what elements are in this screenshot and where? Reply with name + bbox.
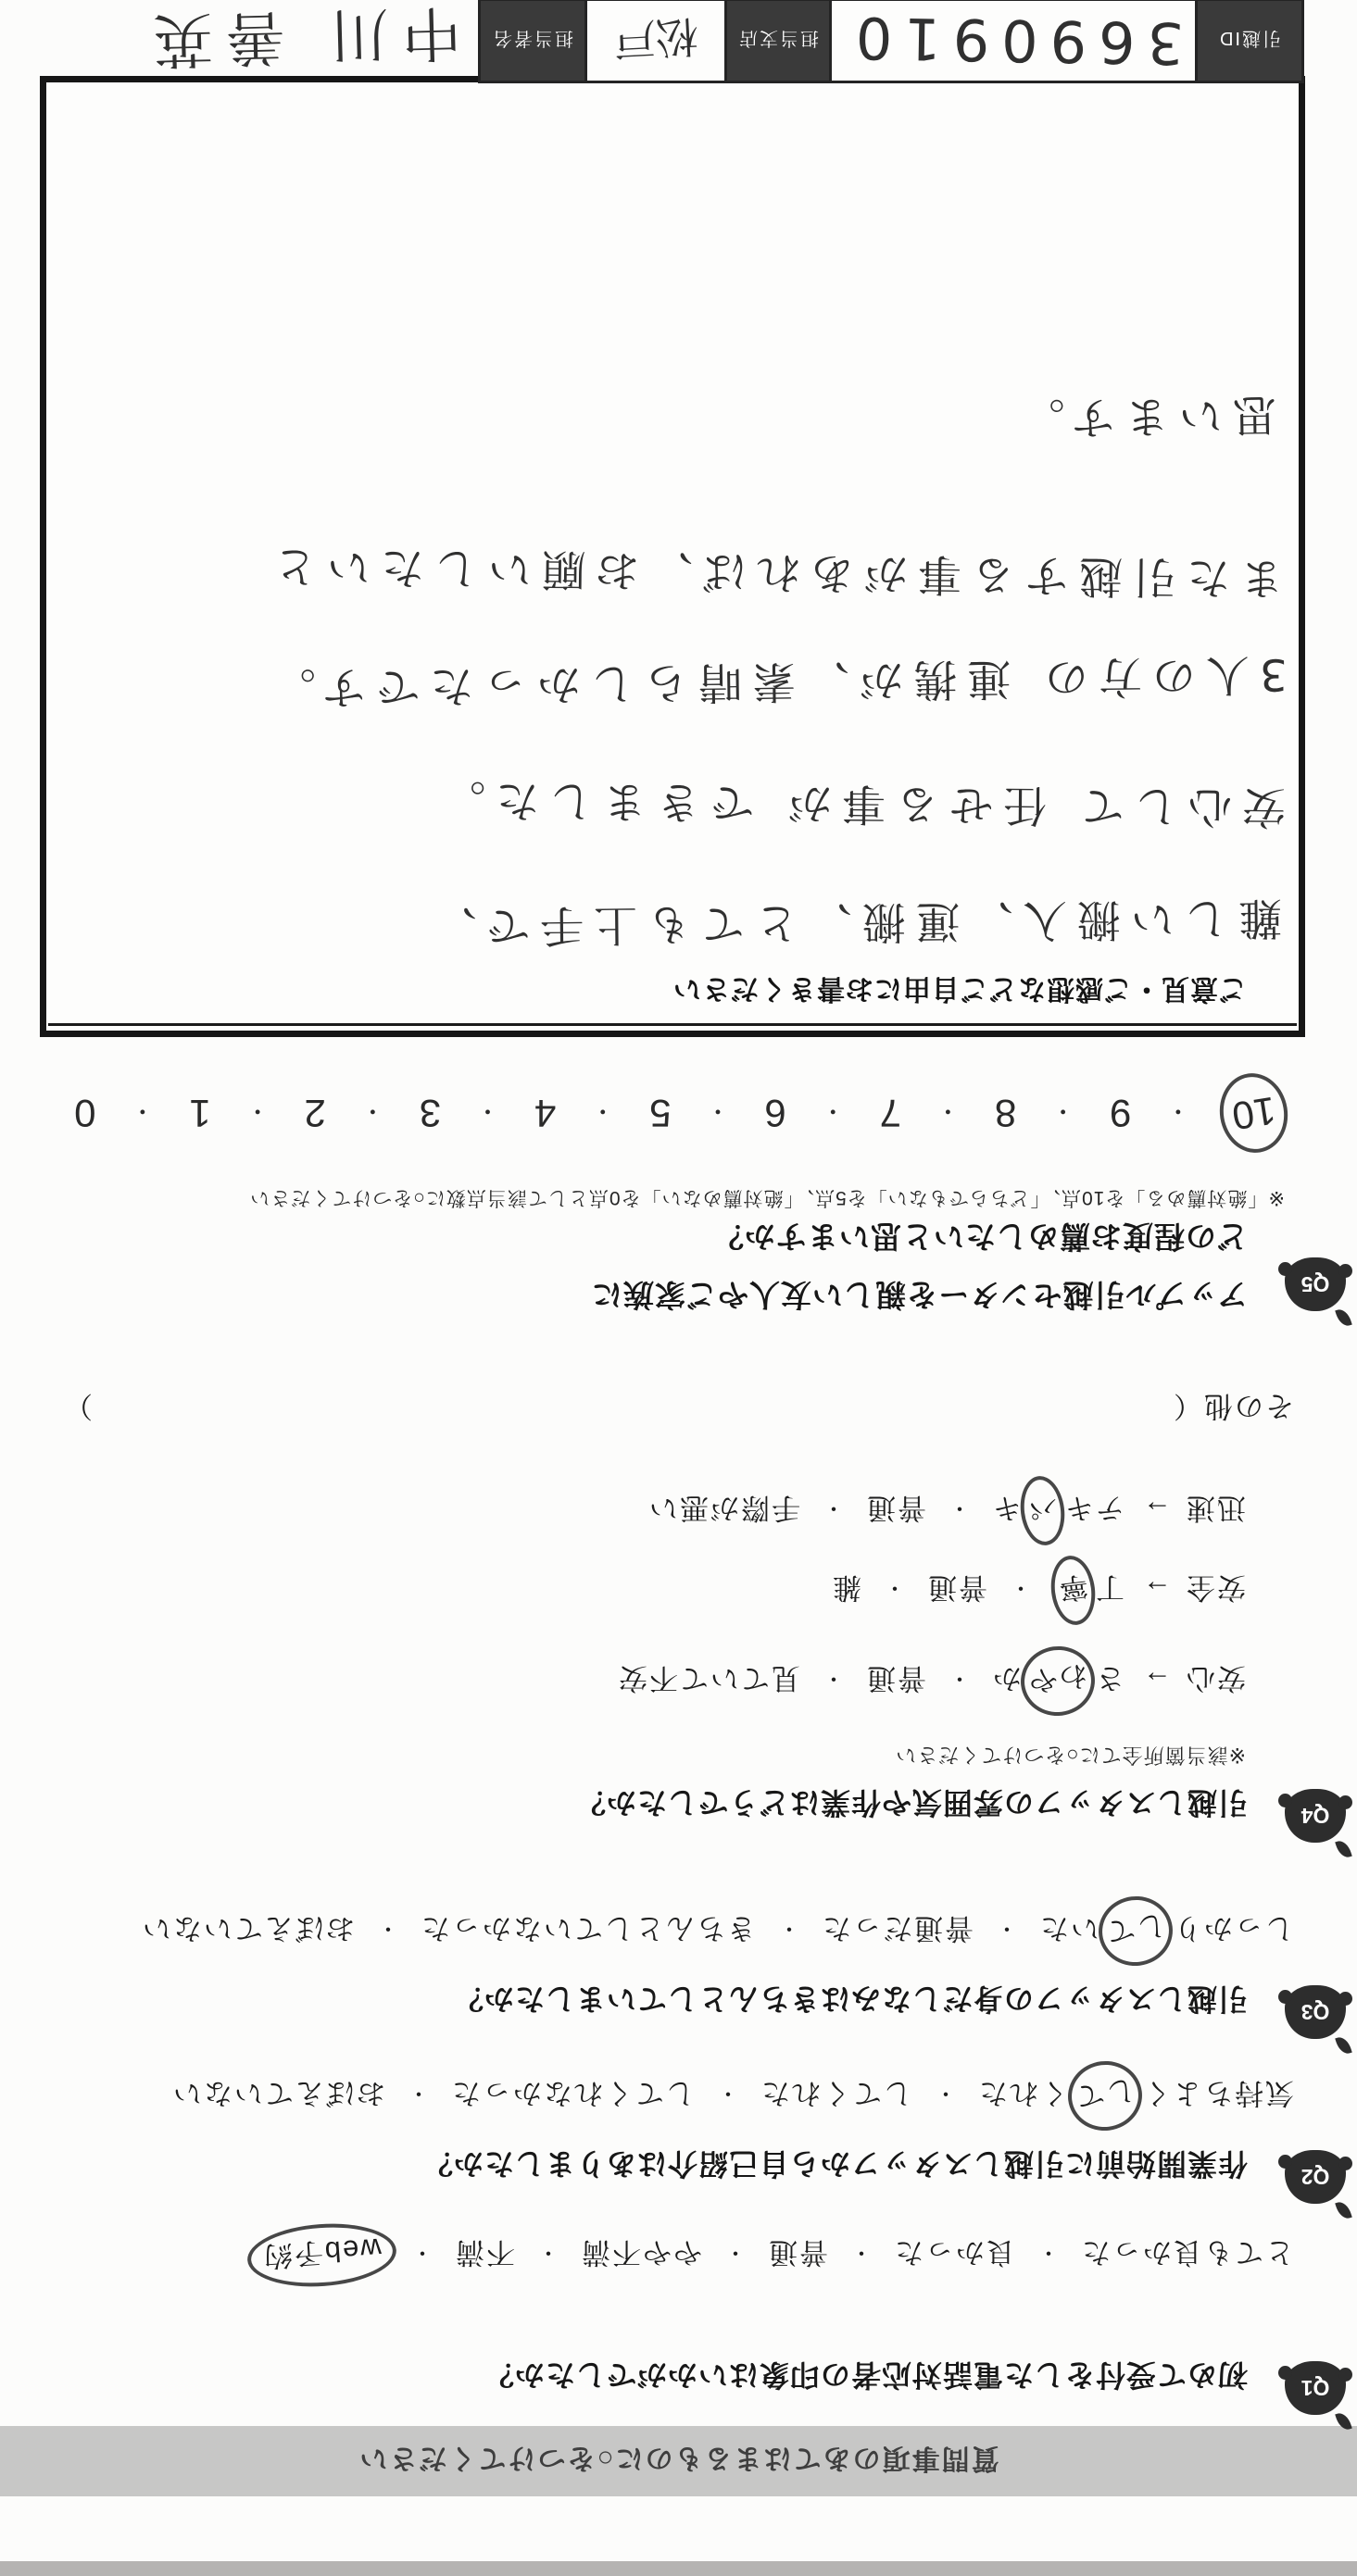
scale-separator: ・ [131, 1096, 155, 1131]
handwritten-staff-name: 中川 善英 [140, 0, 480, 88]
option-separator: ・ [848, 2239, 873, 2271]
scale-separator: ・ [360, 1096, 384, 1131]
q2-mascot-icon: Q2 [1285, 2150, 1346, 2204]
q4-row-relief: 安心→ さわやか・ 普通・ 見ていて不安 [617, 1657, 1246, 1706]
scale-separator: ・ [821, 1096, 845, 1131]
staff-label-cell: 担当者名 [478, 0, 587, 83]
scale-separator: ・ [1166, 1096, 1190, 1131]
handwritten-circle-mark: web予約 [245, 2219, 398, 2291]
scanned-survey-sheet: 質問事項のあてはまるものに○をつけてください Q1 初めて受付をした電話対応者の… [0, 0, 1357, 2576]
q4-row-label: 安全 [1185, 1569, 1246, 1611]
survey-page-rotated-180: 質問事項のあてはまるものに○をつけてください Q1 初めて受付をした電話対応者の… [0, 0, 1357, 2576]
option-separator: ・ [947, 1494, 971, 1527]
q4-row-label: 迅速 [1185, 1490, 1246, 1532]
option-text: いた [1038, 1912, 1099, 1945]
q4-row-label: 安心 [1185, 1660, 1246, 1702]
q4-row-speed: 迅速→ テキパキ・ 普通・ 手際が悪い [647, 1486, 1246, 1535]
option-separator: ・ [933, 2080, 957, 2112]
scanner-edge-strip [0, 2561, 1357, 2576]
option-text: して [1073, 2073, 1137, 2113]
option-separator: ・ [947, 1665, 971, 1697]
scale-separator: ・ [476, 1096, 500, 1131]
scale-value: 4 [534, 1091, 556, 1135]
option-separator: ・ [409, 2239, 433, 2271]
q1-options: とても良かった・ 良かった・ 普通・ やや不満・ 不満・ web予約 [255, 2231, 1294, 2280]
option-text: テキ [1063, 1492, 1125, 1524]
handwritten-circle-mark: して [1095, 1892, 1177, 1970]
q5-note: ※「絶対薦める」を10点、「どちらでもない」を5点、「絶対薦めない」を0点として… [249, 1185, 1285, 1213]
q4-badge: Q4 [1301, 1804, 1330, 1829]
q2-option: おぼえていない [171, 2075, 385, 2117]
comment-box: ご意見・ご感想などご自由にお書きください 難しい搬入、運搬、とても上手で、 安心… [40, 76, 1305, 1037]
q3-option-selected: しっかりしていた [1038, 1907, 1294, 1956]
comment-box-label: ご意見・ご感想などご自由にお書きください [672, 971, 1247, 1012]
q2-option: してくれた [760, 2075, 912, 2117]
option-text: 気持ちよく [1141, 2077, 1294, 2109]
scale-value: 3 [420, 1091, 441, 1135]
q1-option: 不満 [454, 2234, 515, 2276]
option-text: さ [1094, 1662, 1125, 1694]
option-separator: ・ [535, 2239, 559, 2271]
option-separator: ・ [1036, 2239, 1060, 2271]
staff-value-area: 中川 善英 [52, 0, 478, 83]
scale-value: 9 [1110, 1091, 1131, 1135]
q4-row-other: その他（ ） [62, 1388, 1294, 1430]
option-separator: ・ [406, 2080, 430, 2112]
q5-badge: Q5 [1301, 1272, 1330, 1297]
q1-option: とても良かった [1080, 2234, 1294, 2276]
handwritten-comment-line: 思います。 [1011, 387, 1276, 454]
branch-value-cell: 松戸 [584, 0, 727, 83]
q5-question-line2: どの程度お薦めしたいと思いますか？ [712, 1217, 1248, 1260]
q4-note: ※該当箇所全てに○をつけてください [895, 1742, 1246, 1770]
q3-question: 引越しスタッフの身だしなみはきちんとしていましたか？ [453, 1980, 1248, 2022]
q4-option: 普通 [926, 1569, 987, 1611]
q4-question: 引越しスタッフの雰囲気や作業はどうでしたか？ [575, 1783, 1248, 1826]
q5-question-line1: アップル引越センターを親しい友人やご家族に [591, 1275, 1248, 1319]
q4-mascot-icon: Q4 [1285, 1789, 1346, 1843]
option-text: しっかり [1172, 1912, 1294, 1945]
q5-mascot-icon: Q5 [1285, 1257, 1346, 1311]
q1-option-selected: web予約 [261, 2232, 383, 2273]
option-separator: ・ [776, 1915, 800, 1947]
q2-option: してくれなかった [450, 2075, 695, 2117]
option-text: 寧 [1056, 1569, 1090, 1606]
scale-value: 2 [305, 1091, 326, 1135]
option-separator: ・ [1008, 1574, 1032, 1607]
q4-option: 雑 [831, 1569, 861, 1611]
scale-value-selected: 10 [1229, 1089, 1278, 1139]
q1-mascot-icon: Q1 [1285, 2361, 1346, 2415]
handwritten-circle-mark: して [1064, 2057, 1147, 2134]
q1-question: 初めて受付をした電話対応者の印象はいかがでしたか？ [484, 2356, 1248, 2398]
option-text: くれた [977, 2077, 1069, 2109]
scale-value: 5 [649, 1091, 671, 1135]
close-paren: ） [62, 1388, 93, 1430]
open-paren: （ [1172, 1390, 1202, 1422]
handwritten-move-id: 3690910 [843, 4, 1184, 77]
q4-option: 普通 [865, 1490, 926, 1532]
q2-option-selected: 気持ちよくしてくれた [977, 2071, 1294, 2120]
arrow-glyph: → [1141, 1574, 1172, 1607]
handwritten-comment-line: 難しい搬入、運搬、とても上手で、 [423, 890, 1283, 961]
scale-separator: ・ [1051, 1096, 1075, 1131]
option-separator: ・ [715, 2080, 739, 2112]
option-text: キ [991, 1492, 1022, 1524]
q3-mascot-icon: Q3 [1285, 1985, 1346, 2039]
q1-option: 良かった [893, 2234, 1015, 2276]
q1-badge: Q1 [1301, 2376, 1330, 2401]
survey-title-text: 質問事項のあてはまるものに○をつけてください [358, 2441, 999, 2482]
handwritten-circle-mark: 寧 [1048, 1553, 1099, 1627]
option-separator: ・ [882, 1574, 906, 1607]
q4-option: 普通 [865, 1660, 926, 1702]
scale-separator: ・ [706, 1096, 730, 1131]
scale-separator: ・ [936, 1096, 960, 1131]
handwritten-circle-mark: パ [1017, 1473, 1069, 1547]
q4-option-selected: 丁寧 [1052, 1566, 1125, 1615]
handwritten-circle-mark: わや [1017, 1642, 1099, 1719]
option-text: して [1103, 1908, 1168, 1948]
q3-badge: Q3 [1301, 2000, 1330, 2025]
option-separator: ・ [821, 1665, 845, 1697]
q4-other-label-group: その他（ [1172, 1388, 1294, 1430]
q4-other-label: その他 [1202, 1390, 1294, 1422]
q1-option: やや不満 [580, 2234, 702, 2276]
move-id-value-cell: 3690910 [829, 0, 1198, 83]
option-text: か [991, 1662, 1022, 1694]
option-separator: ・ [821, 1494, 845, 1527]
q2-badge: Q2 [1301, 2165, 1330, 2190]
option-text: わや [1025, 1658, 1090, 1698]
scale-value: 0 [74, 1091, 95, 1135]
option-text: 丁 [1094, 1571, 1125, 1604]
q3-options: しっかりしていた・ 普通だった・ きちんとしていなかった・ おぼえていない [141, 1907, 1294, 1956]
scale-value: 1 [189, 1091, 210, 1135]
q3-option: 普通だった [821, 1910, 974, 1952]
scale-value: 8 [995, 1091, 1016, 1135]
q4-option-selected: テキパキ [991, 1486, 1125, 1535]
option-separator: ・ [375, 1915, 399, 1947]
option-separator: ・ [994, 1915, 1018, 1947]
q3-option: おぼえていない [141, 1910, 355, 1952]
option-separator: ・ [722, 2239, 747, 2271]
scale-value: 6 [764, 1091, 785, 1135]
q4-option: 見ていて不安 [617, 1660, 800, 1702]
handwritten-branch: 松戸 [611, 8, 699, 74]
move-id-label-cell: 引越ID [1195, 0, 1304, 83]
q2-question: 作業開始前に引越しスタッフから自己紹介はありましたか？ [422, 2145, 1248, 2187]
arrow-glyph: → [1141, 1665, 1172, 1698]
branch-label-cell: 担当支店 [724, 0, 832, 83]
option-text: パ [1025, 1490, 1060, 1526]
scale-separator: ・ [245, 1096, 270, 1131]
arrow-glyph: → [1141, 1494, 1172, 1528]
q3-option: きちんとしていなかった [420, 1910, 756, 1952]
handwritten-circle-mark: 10 [1214, 1069, 1293, 1157]
q4-row-safety: 安全→ 丁寧・ 普通・ 雑 [831, 1566, 1246, 1615]
q1-option: 普通 [767, 2234, 828, 2276]
footer-table: 引越ID 3690910 担当支店 松戸 担当者名 中川 善英 [52, 0, 1301, 83]
scale-value: 7 [880, 1091, 901, 1135]
q2-options: 気持ちよくしてくれた・ してくれた・ してくれなかった・ おぼえていない [171, 2071, 1294, 2120]
rating-scale: 10 ・ 9・ 8・ 7・ 6・ 5・ 4・ 3・ 2・ 1・ 0 [74, 1087, 1283, 1139]
handwritten-comment-line: 安心して 任せる事が できました。 [432, 772, 1286, 842]
handwritten-comment-line: また引越する事があれば、お願いしたいと [263, 538, 1285, 612]
q4-option-selected: さわやか [991, 1657, 1125, 1706]
survey-title-bar: 質問事項のあてはまるものに○をつけてください [0, 2426, 1357, 2496]
scale-separator: ・ [591, 1096, 615, 1131]
q4-option: 手際が悪い [647, 1490, 800, 1532]
handwritten-comment-line: 3人の方の 連携が、素晴らしかったです。 [261, 646, 1288, 722]
